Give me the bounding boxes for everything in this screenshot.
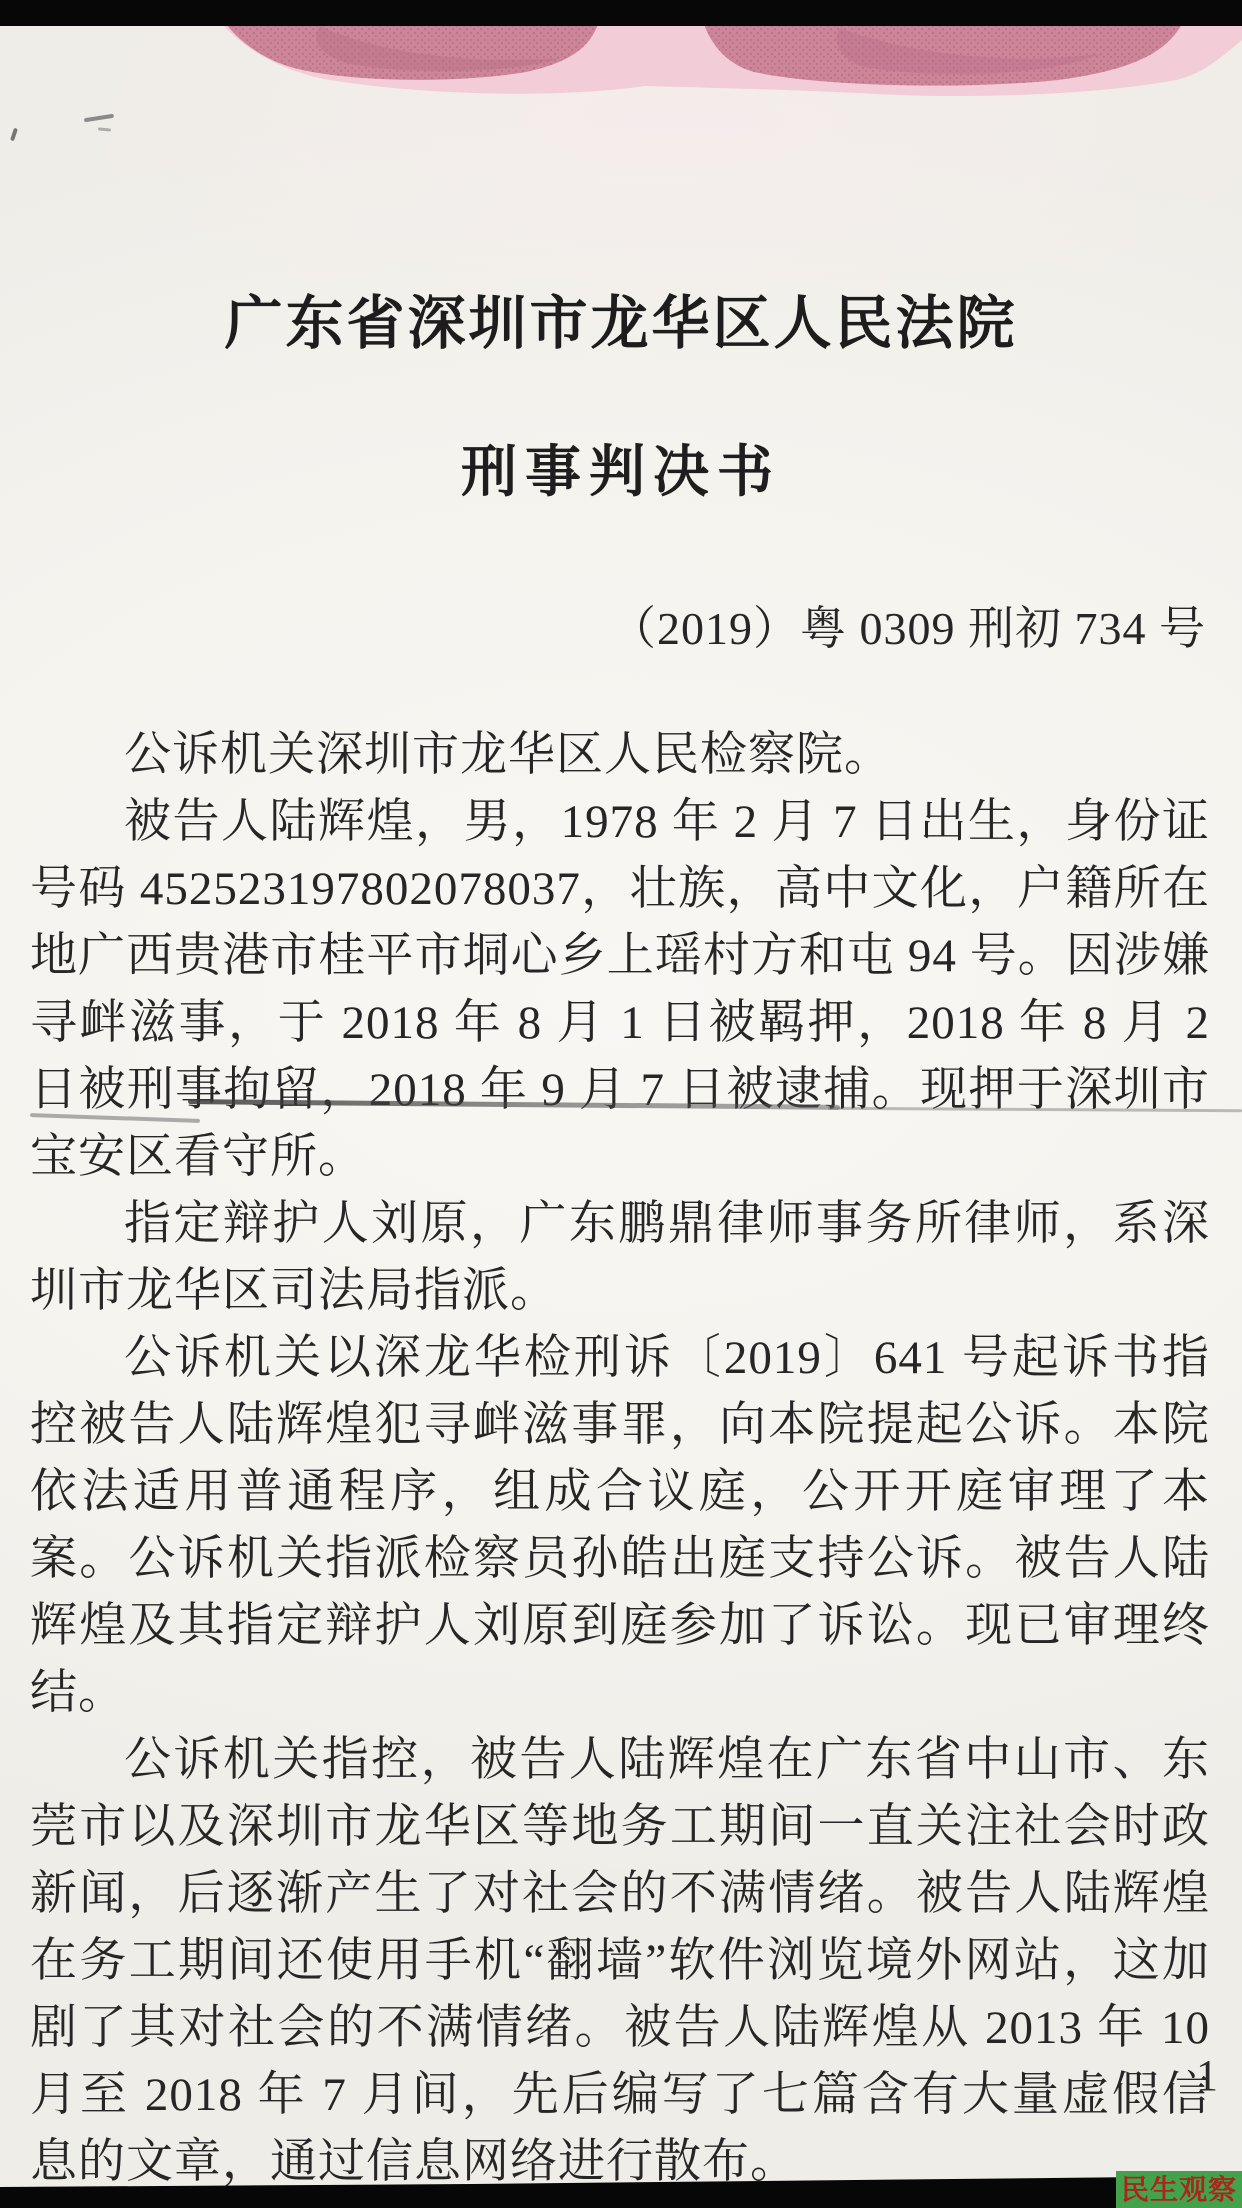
scanned-page: 广东省深圳市龙华区人民法院 刑事判决书 （2019）粤 0309 刑初 734 … [0, 0, 1242, 2208]
paragraph-defendant-info: 被告人陆辉煌，男，1978 年 2 月 7 日出生，身份证号码 45252319… [30, 789, 1210, 1191]
scan-artifact-mark [84, 114, 114, 123]
scan-artifact-mark [10, 128, 18, 142]
document-title: 刑事判决书 [0, 428, 1242, 508]
watermark-badge: 民生观察 [1116, 2171, 1242, 2208]
judgment-body: 公诉机关深圳市龙华区人民检察院。 被告人陆辉煌，男，1978 年 2 月 7 日… [30, 722, 1210, 2196]
scan-artifact-mark [98, 127, 111, 131]
paragraph-prosecution-organ: 公诉机关深圳市龙华区人民检察院。 [30, 722, 1210, 789]
fabric-backdrop [0, 24, 1242, 106]
paragraph-accusation: 公诉机关指控，被告人陆辉煌在广东省中山市、东莞市以及深圳市龙华区等地务工期间一直… [30, 1727, 1210, 2196]
top-letterbox-bar [0, 0, 1242, 26]
paragraph-defense-counsel: 指定辩护人刘原，广东鹏鼎律师事务所律师，系深圳市龙华区司法局指派。 [30, 1191, 1210, 1325]
court-name: 广东省深圳市龙华区人民法院 [0, 276, 1242, 360]
page-number: 1 [1196, 2050, 1218, 2101]
case-number: （2019）粤 0309 刑初 734 号 [610, 592, 1206, 658]
paragraph-indictment-procedure: 公诉机关以深龙华检刑诉〔2019〕641 号起诉书指控被告人陆辉煌犯寻衅滋事罪，… [30, 1325, 1210, 1727]
